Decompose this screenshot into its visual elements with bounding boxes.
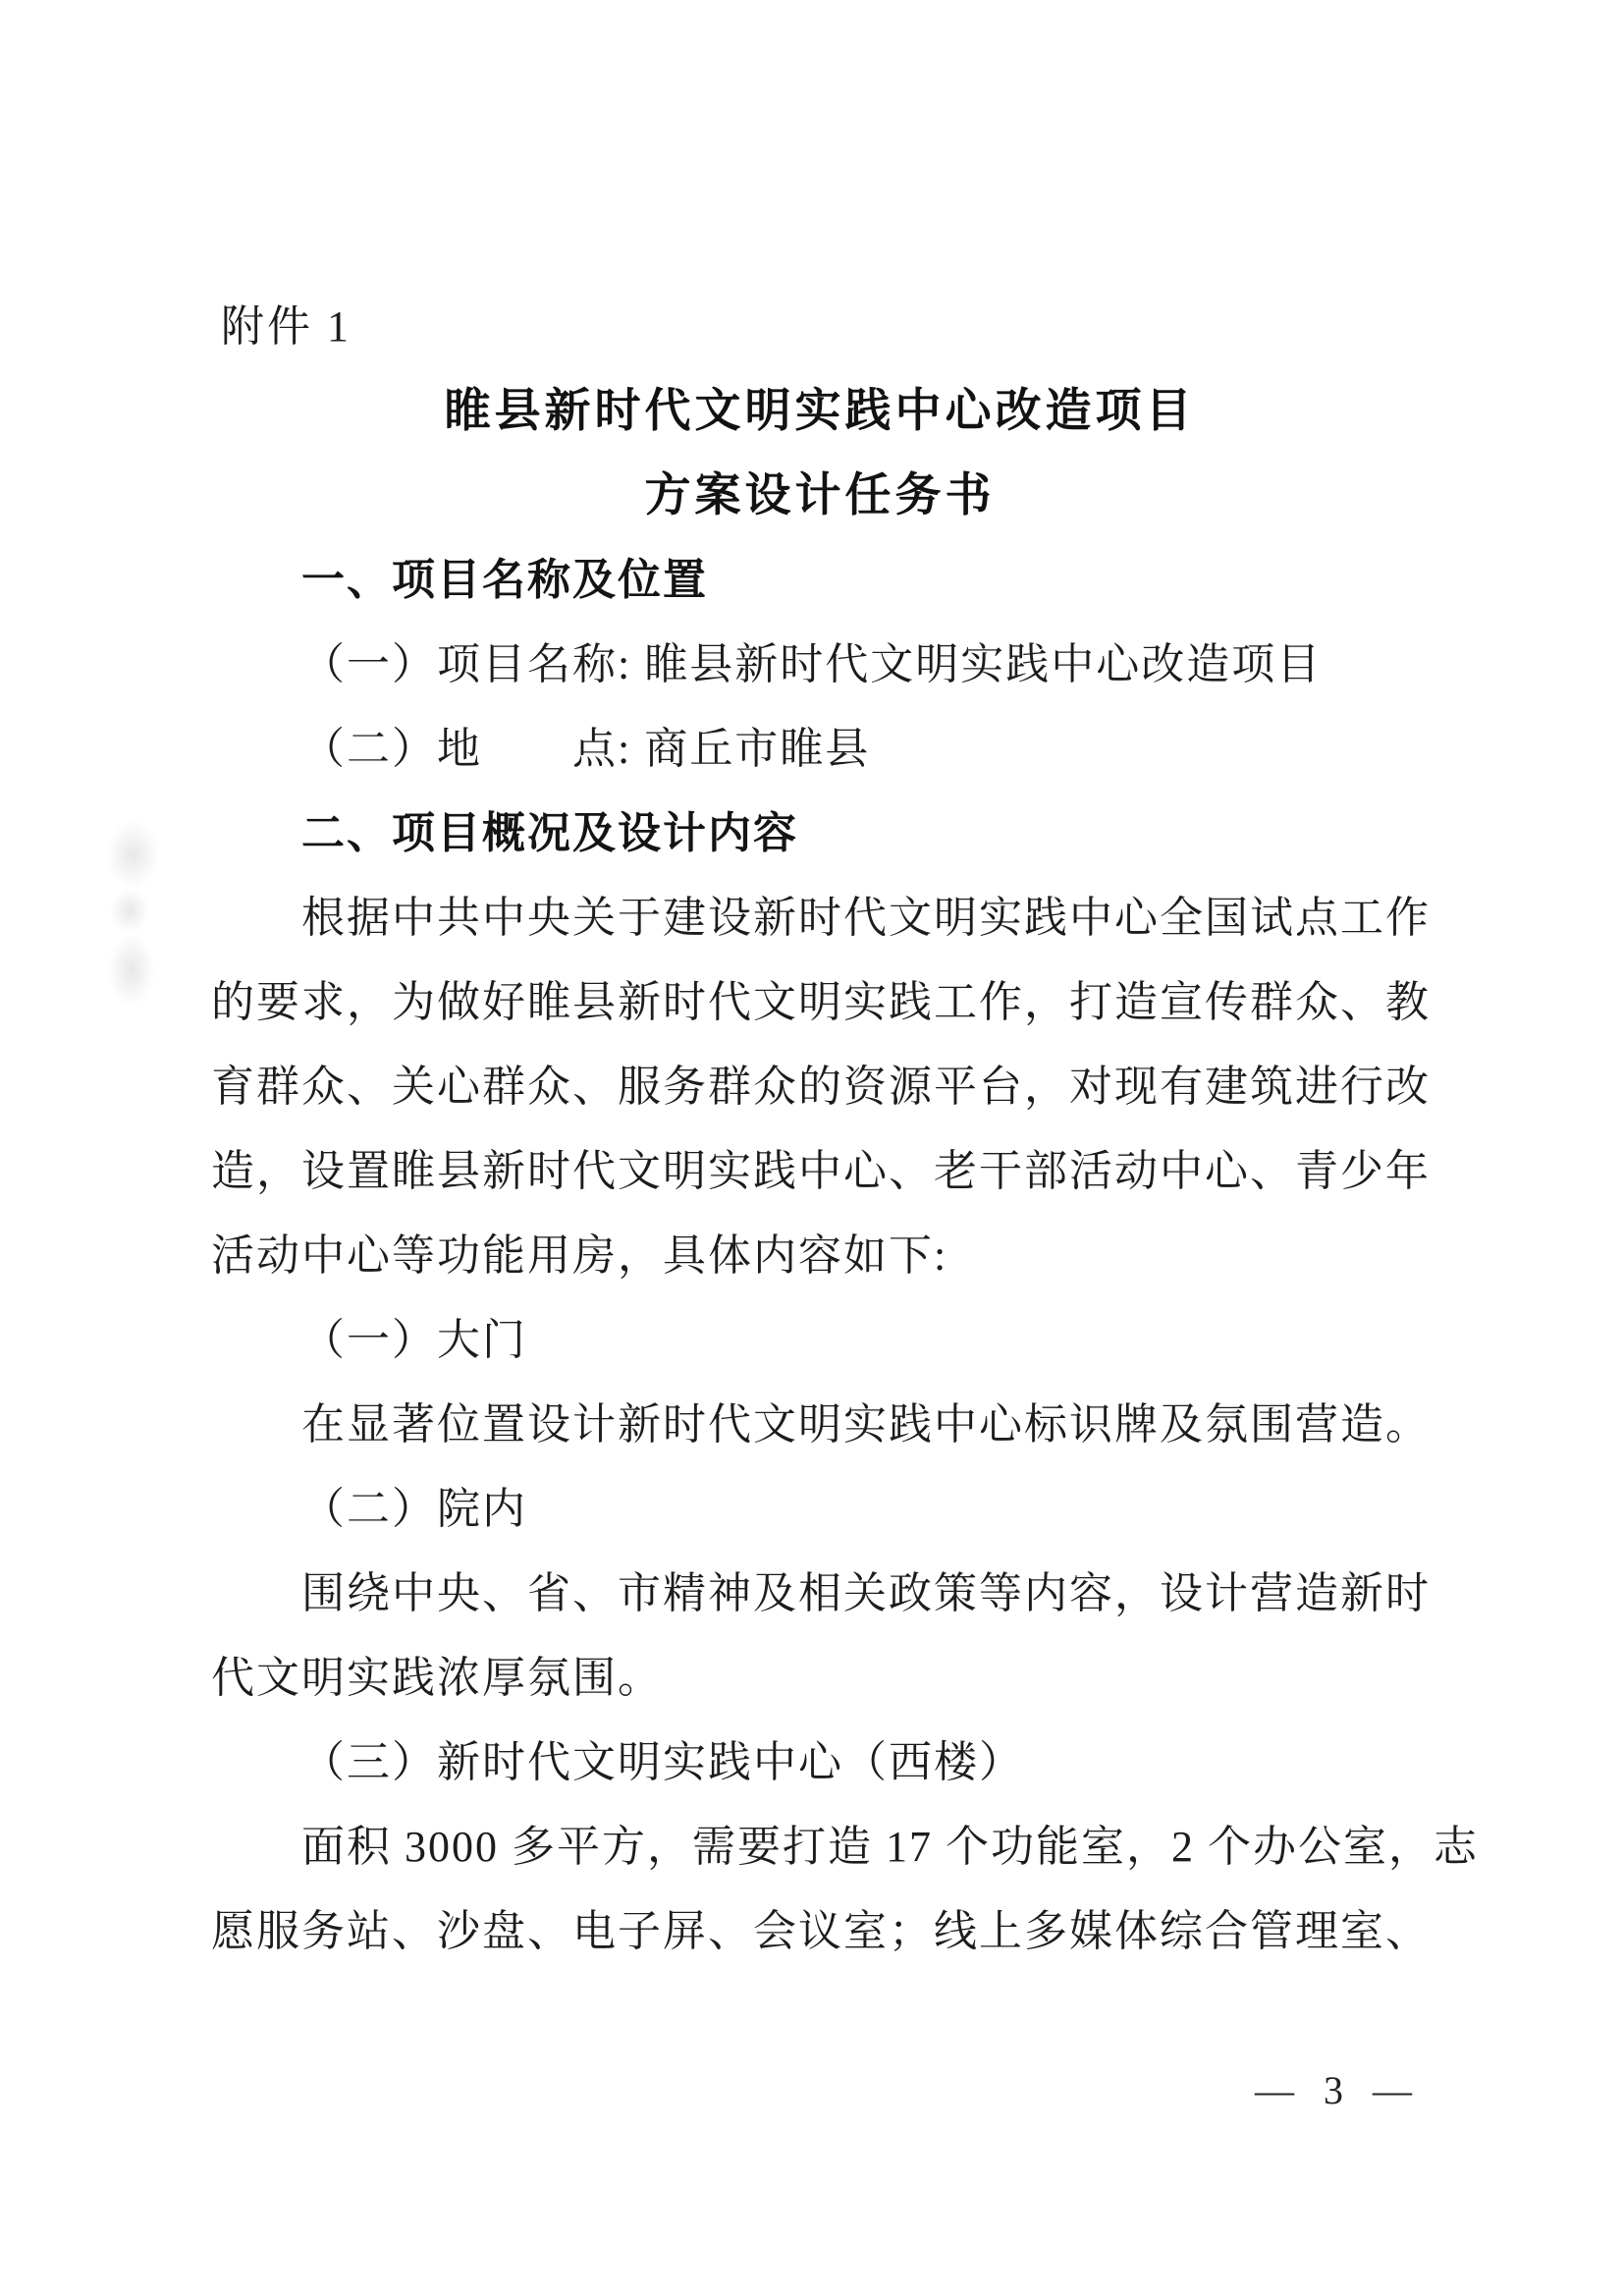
paragraph-line: 的要求，为做好睢县新时代文明实践工作，打造宣传群众、教: [211, 960, 1429, 1045]
attachment-label: 附件 1: [211, 285, 1429, 369]
section-heading-project-name-location: 一、项目名称及位置: [211, 538, 1429, 623]
paragraph-line: 代文明实践浓厚氛围。: [211, 1636, 1429, 1721]
paragraph-line: 面积 3000 多平方，需要打造 17 个功能室，2 个办公室，志: [211, 1805, 1429, 1889]
paragraph-line: 育群众、关心群众、服务群众的资源平台，对现有建筑进行改: [211, 1045, 1429, 1129]
paragraph-line: 在显著位置设计新时代文明实践中心标识牌及氛围营造。: [211, 1383, 1429, 1467]
paragraph-line: 愿服务站、沙盘、电子屏、会议室；线上多媒体综合管理室、: [211, 1889, 1429, 1974]
paragraph-line: 围绕中央、省、市精神及相关政策等内容，设计营造新时: [211, 1552, 1429, 1636]
paragraph-line: 活动中心等功能用房，具体内容如下:: [211, 1214, 1429, 1298]
doc-title-line-1: 睢县新时代文明实践中心改造项目: [211, 369, 1429, 454]
document-page: 附件 1 睢县新时代文明实践中心改造项目 方案设计任务书 一、项目名称及位置 （…: [0, 0, 1623, 2296]
scan-artifact: [106, 820, 160, 889]
item-courtyard-heading: （二）院内: [211, 1467, 1429, 1552]
item-gate-heading: （一）大门: [211, 1298, 1429, 1383]
section-heading-overview-design: 二、项目概况及设计内容: [211, 792, 1429, 876]
scan-artifact: [110, 889, 149, 933]
doc-title-line-2: 方案设计任务书: [211, 454, 1429, 538]
item-center-west-building-heading: （三）新时代文明实践中心（西楼）: [211, 1721, 1429, 1805]
paragraph-line: 造，设置睢县新时代文明实践中心、老干部活动中心、青少年: [211, 1129, 1429, 1214]
item-location: （二）地 点: 商丘市睢县: [211, 707, 1429, 792]
page-number: — 3 —: [1255, 2067, 1422, 2113]
scan-artifact: [108, 933, 155, 1007]
paragraph-line: 根据中共中央关于建设新时代文明实践中心全国试点工作: [211, 876, 1429, 960]
item-project-name: （一）项目名称: 睢县新时代文明实践中心改造项目: [211, 623, 1429, 707]
document-body: 附件 1 睢县新时代文明实践中心改造项目 方案设计任务书 一、项目名称及位置 （…: [211, 285, 1429, 1974]
